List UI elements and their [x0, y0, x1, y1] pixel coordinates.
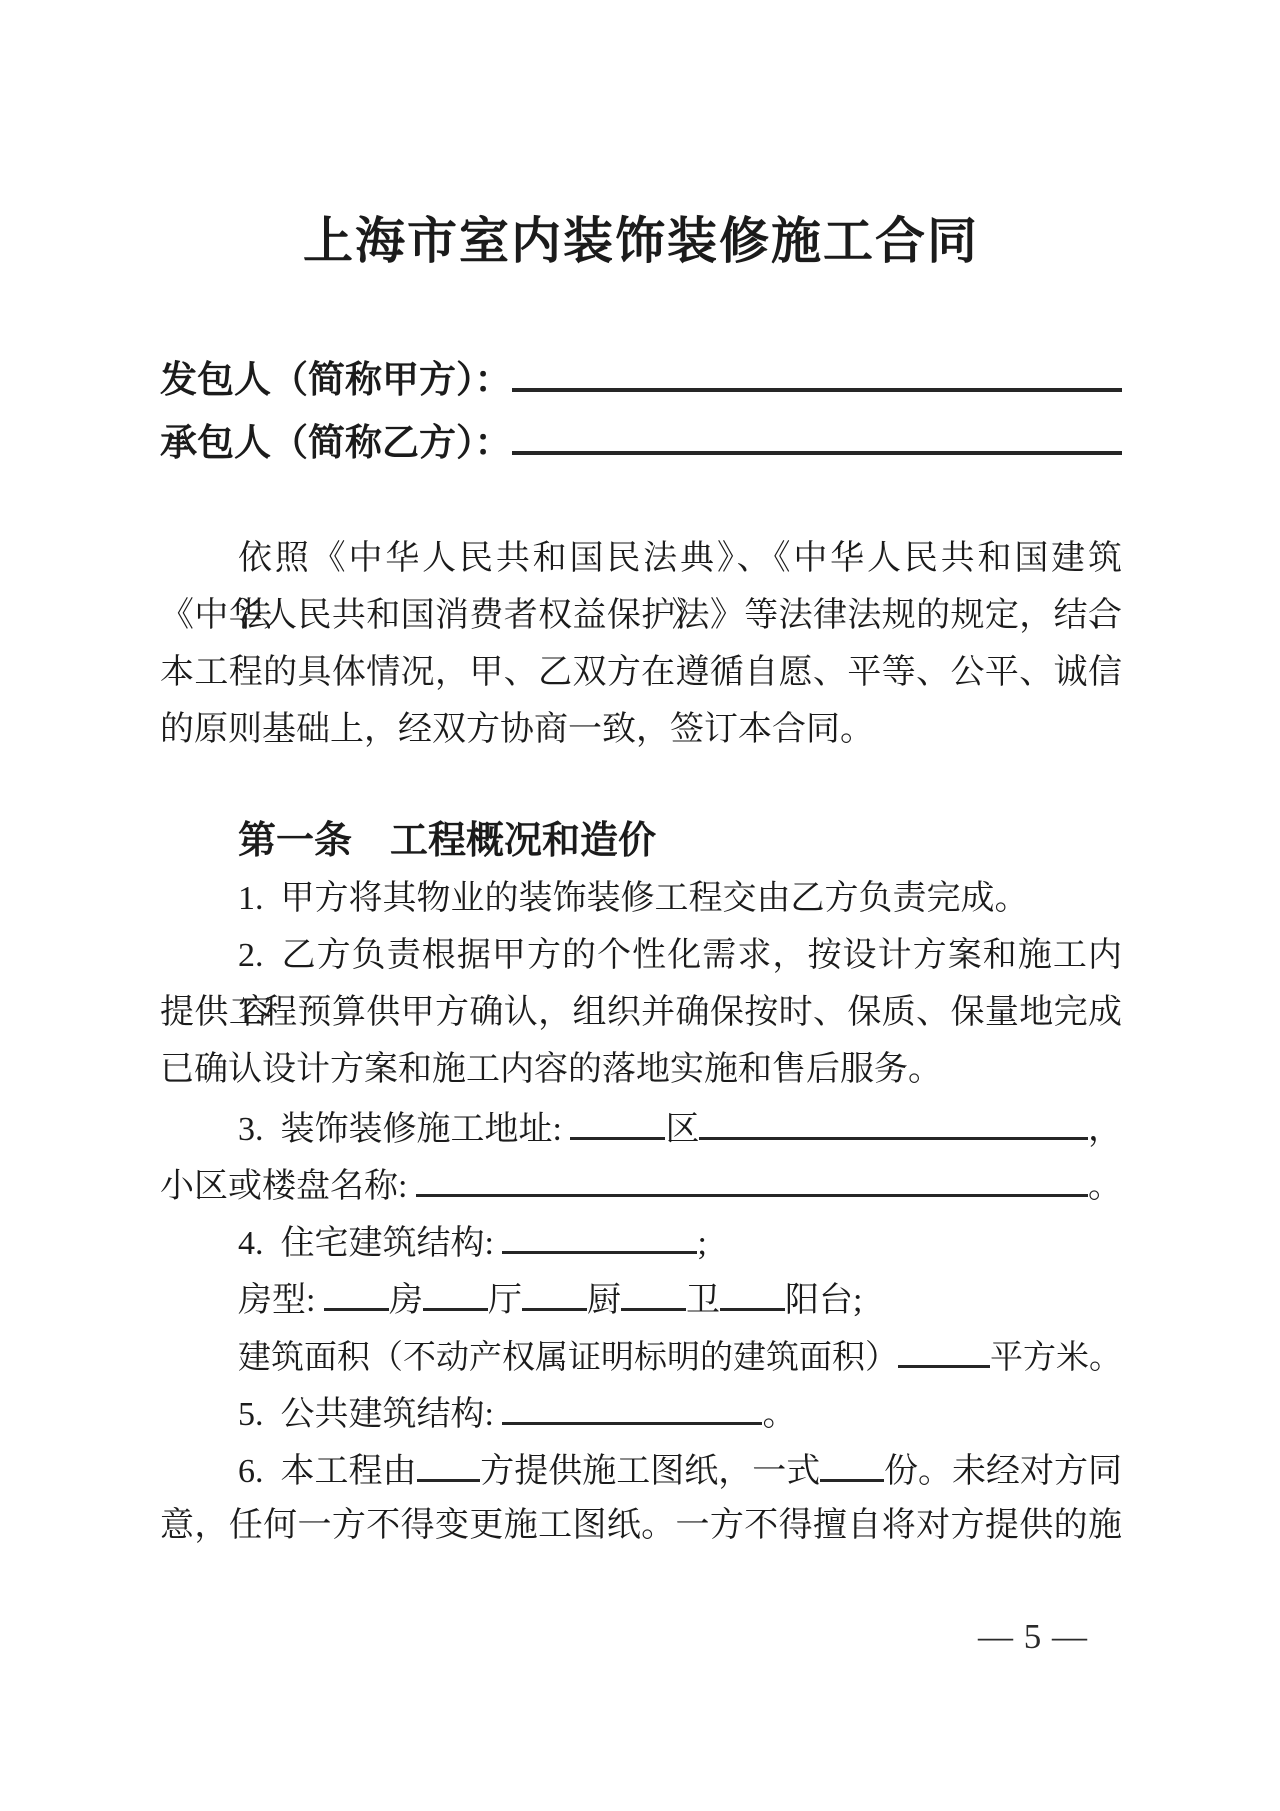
room-unit: 厨	[587, 1272, 621, 1329]
address-blank-field	[699, 1098, 1088, 1140]
room-unit: 房	[389, 1272, 423, 1329]
room-count-blank-field	[324, 1269, 389, 1311]
hall-count-blank-field	[423, 1269, 488, 1311]
structure-label: 4. 住宅建筑结构:	[238, 1215, 502, 1272]
clause-3-label: 3. 装饰装修施工地址:	[238, 1101, 570, 1158]
clause-6-mid: 方提供施工图纸，一式	[480, 1443, 820, 1500]
clause-1: 1. 甲方将其物业的装饰装修工程交由乙方负责完成。	[160, 870, 1122, 927]
section1-items: 1. 甲方将其物业的装饰装修工程交由乙方负责完成。 2. 乙方负责根据甲方的个性…	[160, 870, 1122, 1554]
district-blank-field	[570, 1098, 665, 1140]
contract-page: 上海市室内装饰装修施工合同 发包人（简称甲方）： 承包人（简称乙方）： 依照《中…	[0, 0, 1280, 1811]
clause-6-line2: 意，任何一方不得变更施工图纸。一方不得擅自将对方提供的施	[160, 1497, 1122, 1554]
clause-3-line1: 3. 装饰装修施工地址: 区 ，	[160, 1098, 1122, 1155]
clause-6-line1: 6. 本工程由 方提供施工图纸，一式 份。未经对方同	[160, 1440, 1122, 1497]
drawing-provider-blank-field	[417, 1440, 481, 1482]
document-title: 上海市室内装饰装修施工合同	[160, 0, 1122, 274]
page-number: — 5 —	[0, 1622, 1280, 1652]
bath-count-blank-field	[621, 1269, 686, 1311]
clause-5-period: 。	[762, 1386, 796, 1443]
room-unit: 阳台;	[785, 1272, 862, 1329]
district-suffix: 区	[665, 1101, 699, 1158]
room-unit: 厅	[488, 1272, 522, 1329]
clause-2-line1: 2. 乙方负责根据甲方的个性化需求，按设计方案和施工内容	[160, 927, 1122, 984]
party-b-label: 承包人（简称乙方）：	[160, 411, 512, 474]
intro-paragraph: 依照《中华人民共和国民法典》、《中华人民共和国建筑法》、 《中华人民共和国消费者…	[160, 530, 1122, 758]
intro-line: 依照《中华人民共和国民法典》、《中华人民共和国建筑法》、	[160, 530, 1122, 587]
area-label: 建筑面积（不动产权属证明标明的建筑面积）	[238, 1330, 898, 1387]
party-a-row: 发包人（简称甲方）：	[160, 346, 1122, 409]
clause-4-semicolon: ;	[697, 1215, 706, 1272]
area-blank-field	[898, 1326, 990, 1368]
page-content: 上海市室内装饰装修施工合同 发包人（简称甲方）： 承包人（简称乙方）： 依照《中…	[0, 0, 1280, 1554]
estate-name-blank-field	[416, 1155, 1088, 1197]
clause-3-line2: 小区或楼盘名称: 。	[160, 1155, 1122, 1212]
clause-5-line: 5. 公共建筑结构: 。	[160, 1383, 1122, 1440]
kitchen-count-blank-field	[522, 1269, 587, 1311]
clause-2-line2: 提供工程预算供甲方确认，组织并确保按时、保质、保量地完成	[160, 984, 1122, 1041]
intro-line: 的原则基础上，经双方协商一致，签订本合同。	[160, 701, 1122, 758]
party-a-blank-line	[512, 346, 1123, 392]
party-b-blank-line	[512, 409, 1123, 455]
balcony-count-blank-field	[720, 1269, 785, 1311]
intro-line: 本工程的具体情况，甲、乙双方在遵循自愿、平等、公平、诚信	[160, 644, 1122, 701]
room-unit: 卫	[686, 1272, 720, 1329]
public-structure-label: 5. 公共建筑结构:	[238, 1386, 502, 1443]
party-a-label: 发包人（简称甲方）：	[160, 348, 512, 411]
clause-2-line3: 已确认设计方案和施工内容的落地实施和售后服务。	[160, 1041, 1122, 1098]
drawing-copies-blank-field	[820, 1440, 884, 1482]
public-structure-blank-field	[502, 1383, 762, 1425]
clause-4-line1: 4. 住宅建筑结构: ;	[160, 1212, 1122, 1269]
room-type-label: 房型:	[238, 1272, 324, 1329]
party-block: 发包人（简称甲方）： 承包人（简称乙方）：	[160, 346, 1122, 472]
structure-blank-field	[502, 1212, 697, 1254]
clause-4-area-line: 建筑面积（不动产权属证明标明的建筑面积） 平方米。	[160, 1326, 1122, 1383]
clause-3-comma: ，	[1088, 1101, 1122, 1158]
clause-6-suffix: 份。未经对方同	[884, 1443, 1122, 1500]
area-suffix: 平方米。	[990, 1330, 1122, 1387]
clause-6-prefix: 6. 本工程由	[238, 1443, 417, 1500]
section1-heading: 第一条 工程概况和造价	[160, 812, 1122, 870]
party-b-row: 承包人（简称乙方）：	[160, 409, 1122, 472]
intro-line: 《中华人民共和国消费者权益保护法》等法律法规的规定，结合	[160, 587, 1122, 644]
clause-3-period: 。	[1088, 1158, 1122, 1215]
estate-name-label: 小区或楼盘名称:	[160, 1158, 416, 1215]
clause-4-room-line: 房型: 房 厅 厨 卫 阳台;	[160, 1269, 1122, 1326]
